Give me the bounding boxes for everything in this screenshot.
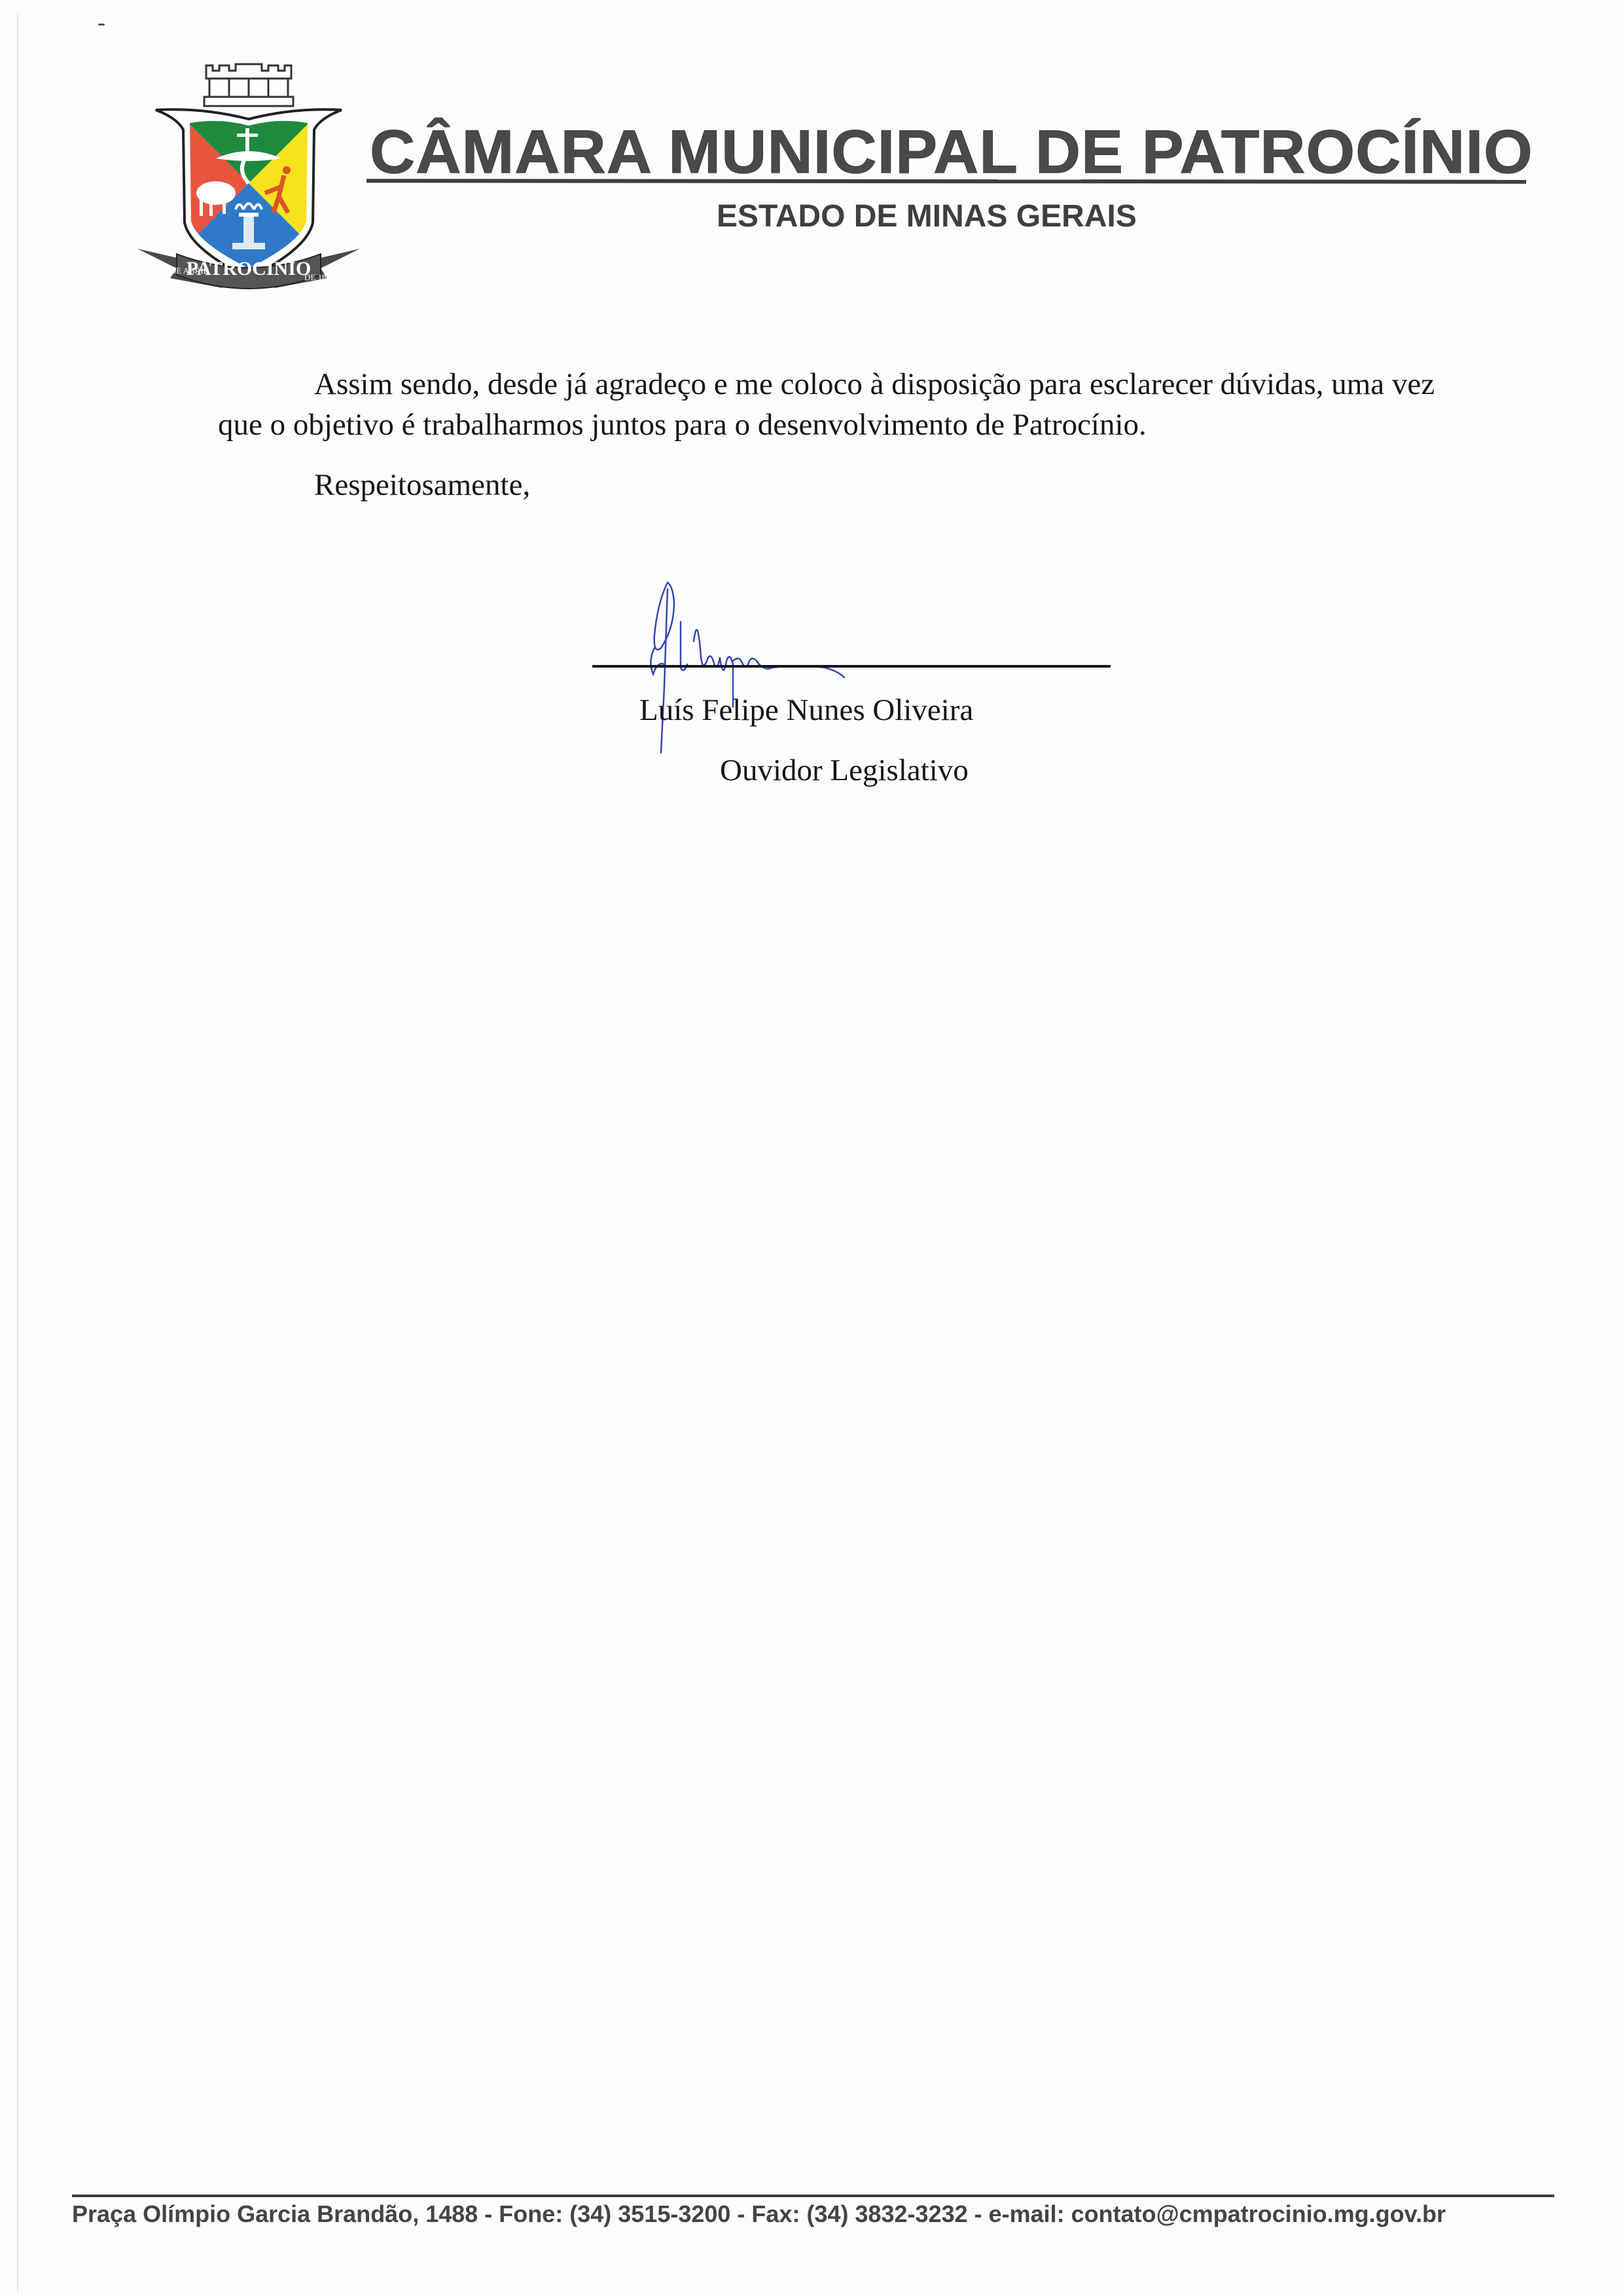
signer-name: Luís Felipe Nunes Oliveira [639,692,973,728]
state-subtitle: ESTADO DE MINAS GERAIS [717,198,1137,234]
signer-role: Ouvidor Legislativo [720,753,969,788]
scan-speck [98,24,105,26]
footer-contact: Praça Olímpio Garcia Brandão, 1488 - Fon… [72,2200,1446,2228]
svg-text:7 DE ABRIL: 7 DE ABRIL [164,266,209,276]
closing-salutation: Respeitosamente, [314,467,530,503]
document-page: PATROCÍNIO 7 DE ABRIL DE 1842 CÂMARA MUN… [0,0,1623,2296]
svg-text:DE 1842: DE 1842 [304,272,335,282]
footer-divider [72,2195,1554,2197]
body-paragraph-line-2: que o objetivo é trabalharmos juntos par… [218,407,1147,442]
scan-edge [17,14,18,2292]
body-paragraph-line-1: Assim sendo, desde já agradeço e me colo… [314,367,1435,402]
handwritten-signature-icon [628,576,942,772]
institution-title: CÂMARA MUNICIPAL DE PATROCÍNIO [370,117,1533,187]
coat-of-arms-icon: PATROCÍNIO 7 DE ABRIL DE 1842 [124,52,373,301]
signature-line [592,665,1111,668]
